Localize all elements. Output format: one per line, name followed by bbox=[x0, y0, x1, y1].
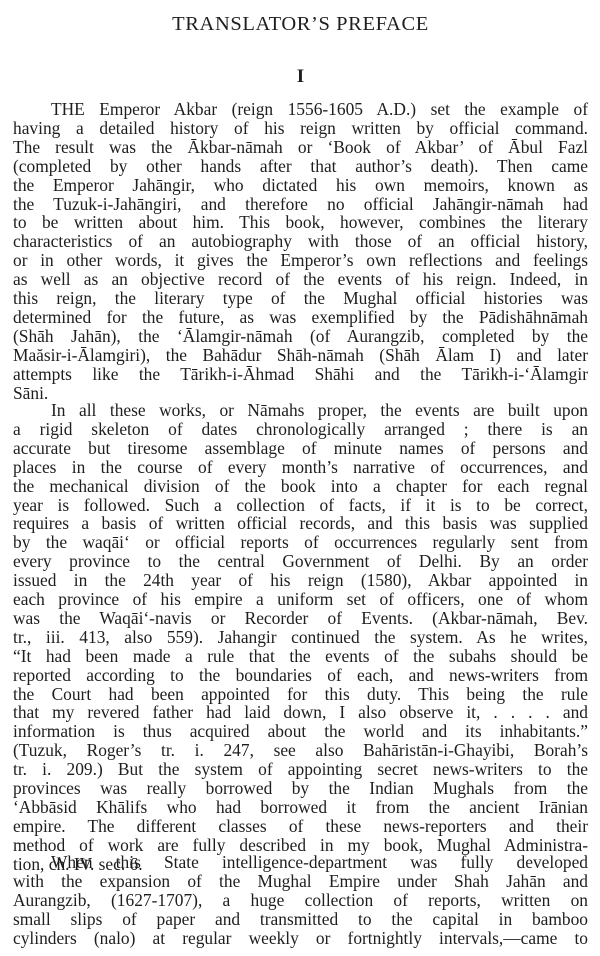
text-line: issued in the 24th year of his reign (15… bbox=[13, 571, 588, 590]
text-line: (completed by other hands after that aut… bbox=[13, 157, 588, 176]
text-line: tr., iii. 413, also 559). Jahangir conti… bbox=[13, 628, 588, 647]
text-line: every province to the central Government… bbox=[13, 552, 588, 571]
text-line: each province of his empire a uniform se… bbox=[13, 590, 588, 609]
text-line: When this State intelligence-department … bbox=[51, 853, 588, 872]
text-line: by the waqāi‘ or official reports of occ… bbox=[13, 533, 588, 552]
text-line: requires a basis of written official rec… bbox=[13, 514, 588, 533]
text-line: or in other words, it gives the Emperor’… bbox=[13, 251, 588, 270]
text-line: (Shāh Jahān), the ‘Ālamgir-nāmah (of Aur… bbox=[13, 327, 588, 346]
text-line: with the expansion of the Mughal Empire … bbox=[13, 872, 588, 891]
text-line: In all these works, or Nāmahs proper, th… bbox=[51, 401, 588, 420]
text-line: having a detailed history of his reign w… bbox=[13, 119, 588, 138]
text-line: was the Waqāi‘-navis or Recorder of Even… bbox=[13, 609, 588, 628]
text-line: places in the course of every month’s na… bbox=[13, 458, 588, 477]
text-line: THE Emperor Akbar (reign 1556-1605 A.D.)… bbox=[51, 100, 588, 119]
text-line: determined for the future, as was exempl… bbox=[13, 308, 588, 327]
text-line: tr. i. 209.) But the system of appointin… bbox=[13, 760, 588, 779]
text-line: accurate but tiresome assemblage of minu… bbox=[13, 439, 588, 458]
text-line: as well as an objective record of the ev… bbox=[13, 270, 588, 289]
text-line: Aurangzib, (1627-1707), a huge collectio… bbox=[13, 891, 588, 910]
text-line: (Tuzuk, Roger’s tr. i. 247, see also Bah… bbox=[13, 741, 588, 760]
text-line: the mechanical division of the book into… bbox=[13, 477, 588, 496]
text-line: the Tuzuk-i-Jahāngiri, and therefore no … bbox=[13, 195, 588, 214]
text-line: a rigid skeleton of dates chronologicall… bbox=[13, 420, 588, 439]
text-line: cylinders (nalo) at regular weekly or fo… bbox=[13, 929, 588, 948]
page-title: TRANSLATOR’S PREFACE bbox=[13, 13, 588, 36]
text-line: “It had been made a rule that the events… bbox=[13, 647, 588, 666]
text-line: information is thus acquired about the w… bbox=[13, 722, 588, 741]
text-line: this reign, the literary type of the Mug… bbox=[13, 289, 588, 308]
text-line: the Emperor Jahāngir, who dictated his o… bbox=[13, 176, 588, 195]
text-line: empire. The different classes of these n… bbox=[13, 817, 588, 836]
text-line: provinces was really borrowed by the Ind… bbox=[13, 779, 588, 798]
text-line: Maăsir-i-Ālamgiri), the Bahādur Shāh-nām… bbox=[13, 346, 588, 365]
text-line: The result was the Ākbar-nāmah or ‘Book … bbox=[13, 138, 588, 157]
text-line: reported according to the boundaries of … bbox=[13, 666, 588, 685]
text-line: year is followed. Such a collection of f… bbox=[13, 496, 588, 515]
text-line: that my revered father had laid down, I … bbox=[13, 703, 588, 722]
text-line: small slips of paper and transmitted to … bbox=[13, 910, 588, 929]
text-line: characteristics of an autobiography with… bbox=[13, 232, 588, 251]
text-line: attempts like the Tārikh-i-Āhmad Shāhi a… bbox=[13, 365, 588, 384]
text-line: to be written about him. This book, howe… bbox=[13, 213, 588, 232]
text-line: ‘Abbāsid Khālifs who had borrowed it fro… bbox=[13, 798, 588, 817]
text-line: the Court had been appointed for this du… bbox=[13, 685, 588, 704]
section-numeral: I bbox=[13, 66, 588, 88]
